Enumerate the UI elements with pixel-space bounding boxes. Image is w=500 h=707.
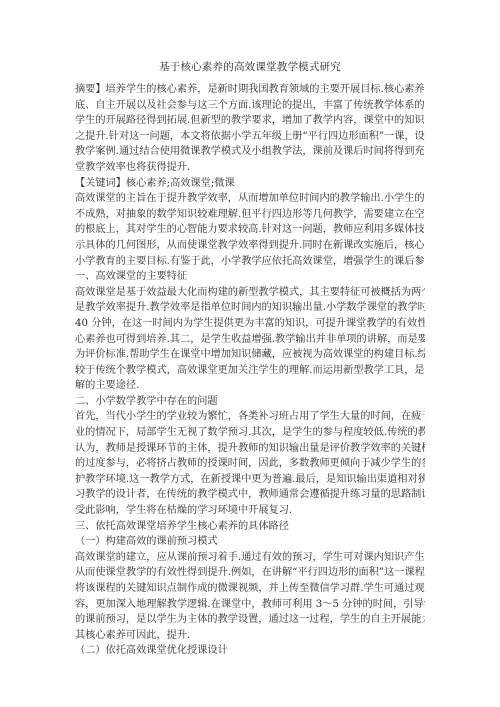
- text-line: 首先，当代小学生的学业较为繁忙，各类补习班占用了学生大量的时间，在疲于应对各项作: [75, 409, 425, 425]
- text-line: 从而使课堂教学的有效性得到提升.例如，在讲解“平行四边形的面积”这一课程前，教师…: [75, 565, 425, 581]
- text-line: 一、高效课堂的主要特征: [75, 269, 425, 285]
- text-line: 高效课堂是基于效益最大化而构建的新型教学模式，其主要特征可被概括为两个方面.其一…: [75, 285, 425, 301]
- text-line: （一）构建高效的课前预习模式: [75, 534, 425, 550]
- text-line: 三、依托高效课堂培养学生核心素养的具体路径: [75, 519, 425, 535]
- text-line: 二、小学数学教学中存在的问题: [75, 394, 425, 410]
- text-line: 摘要】培养学生的核心素养，是新时期我国教育领域的主要开展目标.核心素养包含文化根: [75, 82, 425, 98]
- text-line: 底、自主开展以及社会参与这三个方面.该理论的提出，丰富了传统教学体系的内涵，并使: [75, 98, 425, 114]
- text-line: 是教学效率提升.教学效率是指单位时间内的知识输出量.小学数学课堂的教学时间通常只…: [75, 300, 425, 316]
- document-title: 基于核心素养的高效课堂教学模式研究: [0, 59, 500, 74]
- text-line: 示具体的几何图形，从而使课堂教学效率得到提升.同时在新课改实施后，核心素养已成为: [75, 238, 425, 254]
- text-line: 为评价标准.帮助学生在课堂中增加知识储藏，应被视为高效课堂的构建目标.综合分析，…: [75, 347, 425, 363]
- text-line: 教学案例.通过结合使用微课教学模式及小组教学法，课前及课后时间将得到充分利用，课: [75, 144, 425, 160]
- text-line: 较于传统个教学模式，高效课堂更加关注学生的理解.而运用新型教学工具，是增强学生理: [75, 363, 425, 379]
- text-line: 心素养也可得到培养.其二，是学生收益增强.教学输出并非单项的讲解，而是要以学生理…: [75, 332, 425, 348]
- text-line: 40 分钟，在这一时间内为学生提供更为丰富的知识，可提升课堂教学的有效性，学生的…: [75, 316, 425, 332]
- text-line: 容，更加深入地理解教学逻辑.在课堂中，教师可利用 3～5 分钟的时间，引导学生表…: [75, 597, 425, 613]
- text-line: 高效课堂的建立，应从课前预习着手.通过有效的预习，学生可对课内知识产生充分了解，: [75, 550, 425, 566]
- text-line: 业的情况下，局部学生无视了数学预习.其次，是学生的参与程度较低.传统的教学观念通…: [75, 425, 425, 441]
- text-line: 的过度参与，必将挤占教师的授课时间，因此，多数教师更倾向于减少学生的参与度，以维: [75, 456, 425, 472]
- text-line: （二）依托高效课堂优化授课设计: [75, 643, 425, 659]
- text-line: 其核心素养可因此，提升.: [75, 628, 425, 644]
- text-line: 堂教学效率也将获得提升.: [75, 160, 425, 176]
- text-line: 之提升.针对这一问题，本文将依据小学五年级上册“平行四边形面积”一课，设计高效课…: [75, 129, 425, 145]
- text-line: 的根底上，其对学生的心智能力要求较高.针对这一问题，教师应利用多媒体技术向学生展: [75, 222, 425, 238]
- text-line: 学生的开展路径得到拓展.但新型的教学要求，增加了教学内容，课堂中的知识输出也将随: [75, 113, 425, 129]
- text-line: 小学教育的主要目标.有鉴于此，小学教学应依托高效课堂，增强学生的课后参与.: [75, 254, 425, 270]
- text-line: 解的主要途径.: [75, 378, 425, 394]
- text-line: 护教学环境.这一教学方式，在新授课中更为普遍.最后，是知识输出渠道相对狭窄.教师…: [75, 472, 425, 488]
- text-line: 习教学的设计者，在传统的教学模式中，教师通常会遵循提升练习量的思路制订练习方案.: [75, 487, 425, 503]
- text-line: 【关键词】核心素养;高效课堂;微课: [75, 176, 425, 192]
- text-line: 认为，教师是授课环节的主体，提升教师的知识输出量是评价教学效率的关键标准.而学生: [75, 441, 425, 457]
- document-page: 基于核心素养的高效课堂教学模式研究 摘要】培养学生的核心素养，是新时期我国教育领…: [0, 0, 500, 707]
- text-line: 受此影响，学生将在枯燥的学习环境中开展复习.: [75, 503, 425, 519]
- text-line: 的课前预习，是以学生为主体的教学设置，通过这一过程，学生的自主开展能力将得到培养…: [75, 612, 425, 628]
- text-line: 不成熟，对抽象的数学知识较难理解.但平行四边形等几何教学，需要建立在空间抽象理解: [75, 207, 425, 223]
- document-body: 摘要】培养学生的核心素养，是新时期我国教育领域的主要开展目标.核心素养包含文化根…: [75, 82, 425, 659]
- text-line: 将该课程的关键知识点制作成的微课视频，并上传至微信学习群.学生可通过观看这局部内: [75, 581, 425, 597]
- text-line: 高效课堂的主旨在于提升教学效率，从而增加单位时间内的教学输出.小学生的心智发育尚: [75, 191, 425, 207]
